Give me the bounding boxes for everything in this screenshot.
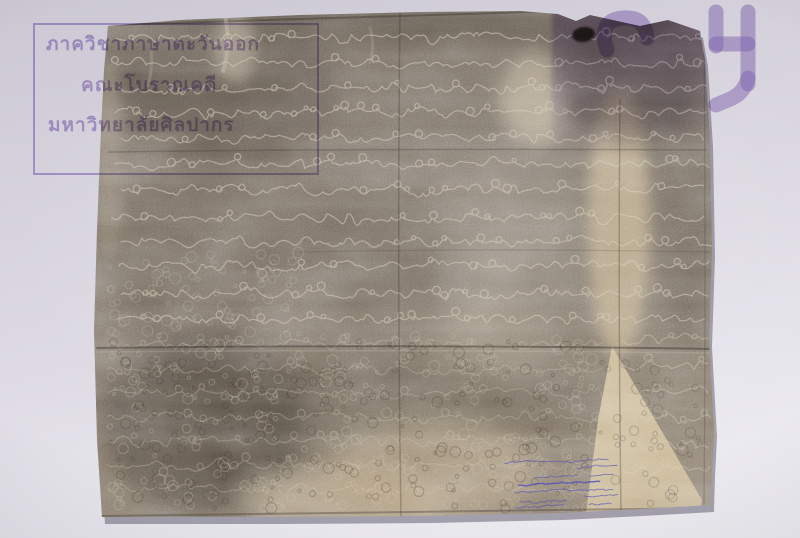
watermark-corner-glyph [595,0,780,125]
watermark-line-3: มหาวิทยาลัยศิลปากร [48,116,317,135]
watermark-frame: ภาควิชาภาษาตะวันออก คณะโบราณคดี มหาวิทยา… [33,23,319,175]
photo: ภาควิชาภาษาตะวันออก คณะโบราณคดี มหาวิทยา… [0,0,800,538]
watermark-line-2: คณะโบราณคดี [81,76,317,95]
watermark-line-1: ภาควิชาภาษาตะวันออก [46,35,317,54]
